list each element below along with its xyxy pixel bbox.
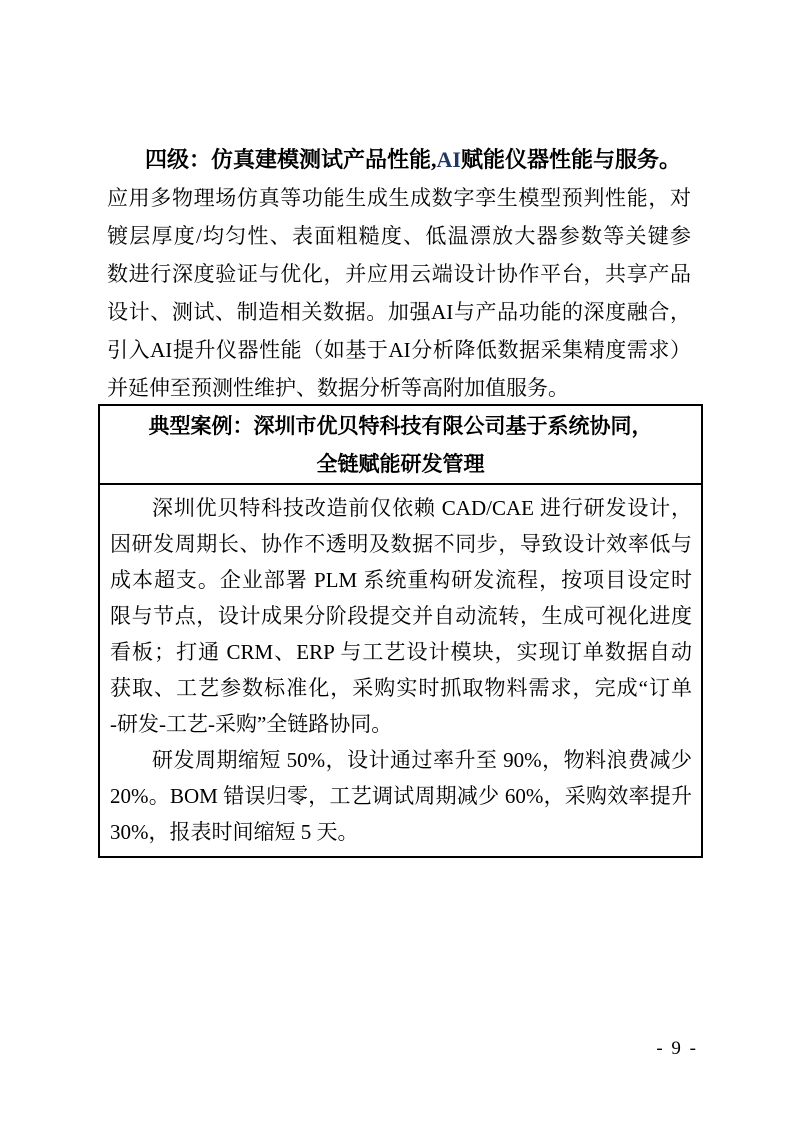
- text-line: 设计、测试、制造相关数据。加强AI与产品功能的深度融合，: [107, 293, 691, 331]
- text-line: 看板；打通 CRM、ERP 与工艺设计模块，实现订单数据自动: [110, 634, 692, 670]
- text-line: 因研发周期长、协作不透明及数据不同步，导致设计效率低与: [110, 526, 692, 562]
- page-number: - 9 -: [656, 1036, 698, 1062]
- text-line: 成本超支。企业部署 PLM 系统重构研发流程，按项目设定时: [110, 562, 692, 598]
- case-study-box: 典型案例：深圳市优贝特科技有限公司基于系统协同， 全链赋能研发管理 深圳优贝特科…: [98, 404, 703, 858]
- section-heading: 四级：仿真建模测试产品性能,AI赋能仪器性能与服务。: [107, 141, 691, 179]
- case-title-line-2: 全链赋能研发管理: [110, 445, 691, 483]
- case-study-body: 深圳优贝特科技改造前仅依赖 CAD/CAE 进行研发设计，因研发周期长、协作不透…: [100, 485, 701, 856]
- text-line: 获取、工艺参数标准化，采购实时抓取物料需求，完成“订单: [110, 670, 692, 706]
- heading-pre-text: 四级：仿真建模测试产品性能,: [145, 147, 437, 172]
- case-study-title: 典型案例：深圳市优贝特科技有限公司基于系统协同， 全链赋能研发管理: [100, 406, 701, 485]
- text-line: 引入AI提升仪器性能（如基于AI分析降低数据采集精度需求）: [107, 331, 691, 369]
- heading-post-text: 赋能仪器性能与服务。: [461, 147, 681, 172]
- case-paragraph-1: 深圳优贝特科技改造前仅依赖 CAD/CAE 进行研发设计，因研发周期长、协作不透…: [110, 490, 692, 742]
- text-line: 30%，报表时间缩短 5 天。: [110, 814, 692, 850]
- text-line: 深圳优贝特科技改造前仅依赖 CAD/CAE 进行研发设计，: [110, 490, 692, 526]
- intro-section: 四级：仿真建模测试产品性能,AI赋能仪器性能与服务。 应用多物理场仿真等功能生成…: [107, 141, 691, 407]
- text-line: 并延伸至预测性维护、数据分析等高附加值服务。: [107, 369, 691, 407]
- text-line: 应用多物理场仿真等功能生成生成数字孪生模型预判性能，对: [107, 179, 691, 217]
- document-page: 四级：仿真建模测试产品性能,AI赋能仪器性能与服务。 应用多物理场仿真等功能生成…: [0, 0, 794, 1123]
- case-paragraph-2: 研发周期缩短 50%，设计通过率升至 90%，物料浪费减少20%。BOM 错误归…: [110, 742, 692, 850]
- text-line: 数进行深度验证与优化，并应用云端设计协作平台，共享产品: [107, 255, 691, 293]
- case-title-line-1: 典型案例：深圳市优贝特科技有限公司基于系统协同，: [110, 407, 691, 445]
- text-line: 镀层厚度/均匀性、表面粗糙度、低温漂放大器参数等关键参: [107, 217, 691, 255]
- text-line: 20%。BOM 错误归零，工艺调试周期减少 60%，采购效率提升: [110, 778, 692, 814]
- text-line: 研发周期缩短 50%，设计通过率升至 90%，物料浪费减少: [110, 742, 692, 778]
- intro-paragraph: 应用多物理场仿真等功能生成生成数字孪生模型预判性能，对镀层厚度/均匀性、表面粗糙…: [107, 179, 691, 407]
- heading-ai-term: AI: [437, 147, 461, 172]
- text-line: -研发-工艺-采购”全链路协同。: [110, 706, 692, 742]
- text-line: 限与节点，设计成果分阶段提交并自动流转，生成可视化进度: [110, 598, 692, 634]
